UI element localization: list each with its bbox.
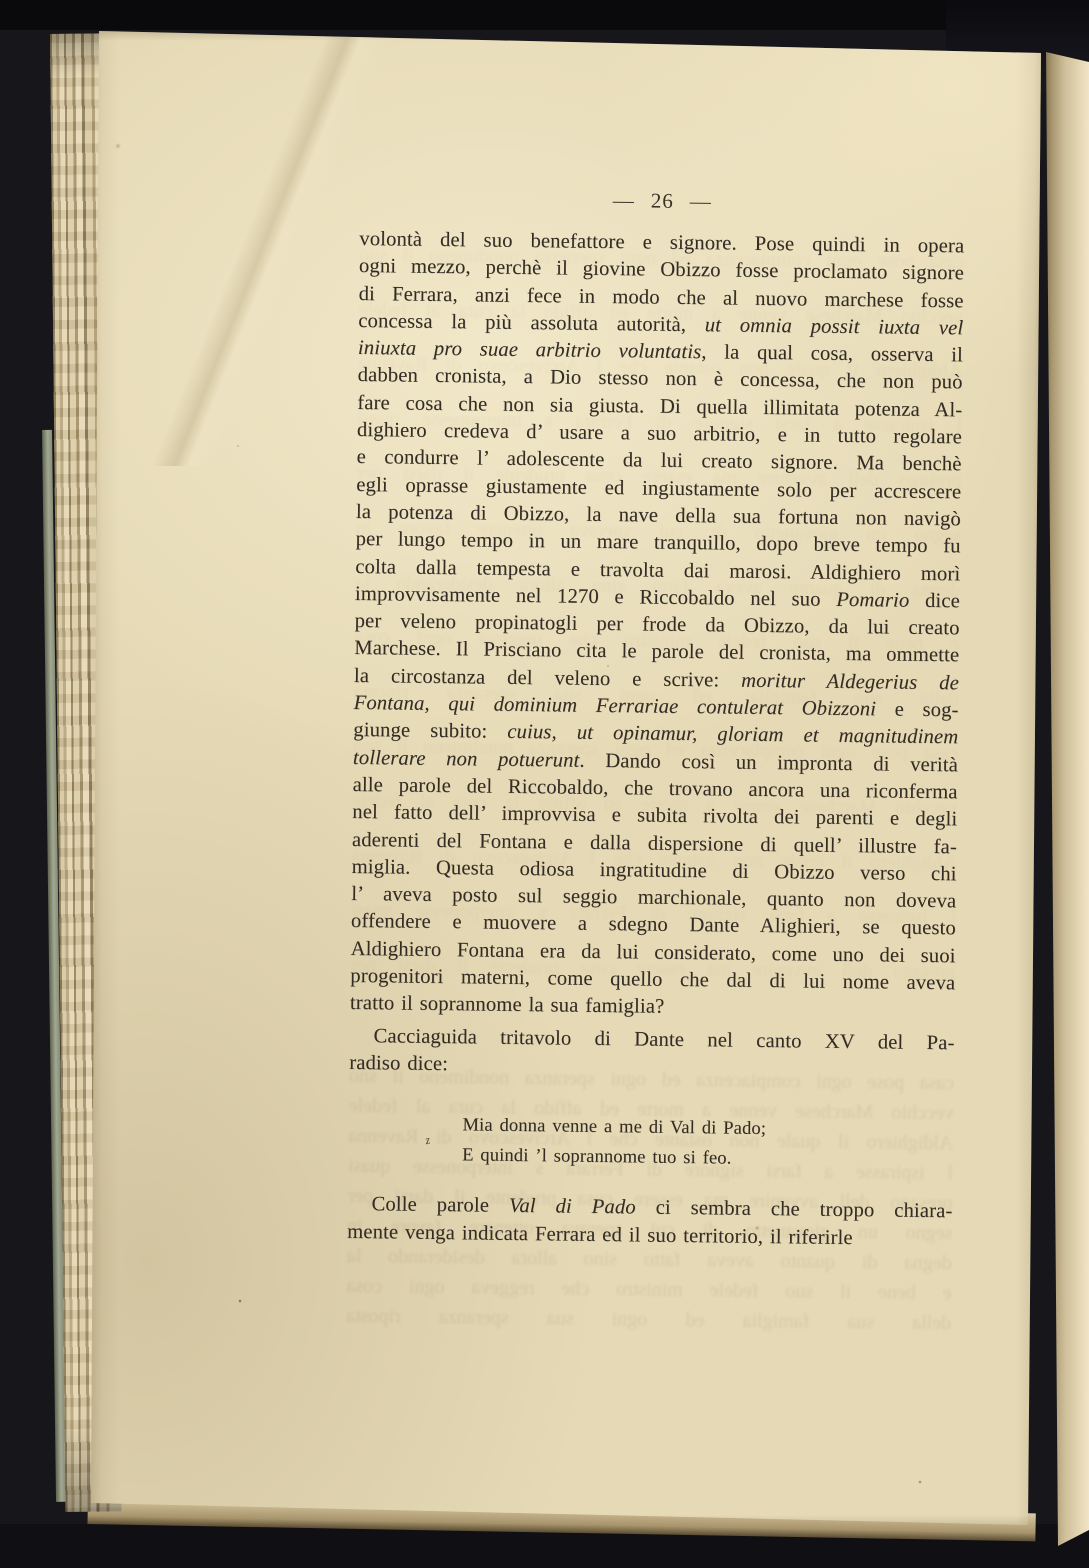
text-segment: Pomario [836,589,909,612]
text-segment: giunge subito: [353,719,507,743]
text-segment: per veleno propinatogli per frode da Obi… [355,610,960,639]
text-segment: tollerare non potuerunt [353,747,580,772]
text-segment: mente venga indicata Ferrara ed il suo t… [347,1220,853,1248]
text-line: E quindi ’l soprannome tuo si feo. [462,1141,953,1177]
text-segment: concessa la più assoluta autorità, [358,310,705,336]
text-segment: Aldighiero Fontana era da lui considerat… [351,938,956,967]
text-segment: e sog- [876,698,959,721]
text-segment: Marchese. Il Prisciano cita le parole de… [354,637,959,666]
text-segment: Cacciaguida tritavolo di Dante nel canto… [373,1025,954,1054]
text-segment: volontà del suo benefattore e signore. P… [359,228,964,257]
text-segment: Mia donna venne a me di Val di Pado; [462,1116,766,1140]
text-segment: per lungo tempo in un mare tranquillo, d… [356,528,961,557]
text-segment: la circostanza del veleno e scrive: [354,665,741,692]
text-column: volontà del suo benefattore e signore. P… [347,226,964,1253]
verse-quote: Mia donna venne a me di Val di Pado;E qu… [462,1111,954,1177]
text-segment: . Dando così un impronta di verità [579,749,958,776]
text-segment: miglia. Questa odiosa ingratitudine di O… [352,856,957,885]
paragraph: volontà del suo benefattore e signore. P… [350,226,965,1025]
page-number: —26— [360,184,965,217]
text-segment: , la qual cosa, osserva il [701,341,963,366]
text-segment: nel fatto dell’ improvvisa e subita rivo… [352,801,957,830]
text-segment: dabben cronista, a Dio stesso non è conc… [358,364,963,393]
text-segment: offendere e muovere a sdegno Dante Aligh… [351,910,956,939]
text-segment: dice [909,590,960,613]
text-segment: ci sembra che troppo chiara- [636,1197,953,1223]
page-number-rule-right: — [690,189,712,213]
paragraph: Colle parole Val di Pado ci sembra che t… [347,1191,953,1253]
text-segment: iniuxta pro suae arbitrio voluntatis [358,337,702,363]
book-page: casa pose ogni compiacenza ed ogni spera… [88,26,1046,1532]
page-content: casa pose ogni compiacenza ed ogni spera… [346,184,965,1371]
text-segment: E quindi ’l soprannome tuo si feo. [462,1146,732,1169]
text-segment: ogni mezzo, perchè il giovine Obizzo fos… [359,255,964,284]
text-segment: dighiero credeva d’ usare a suo arbitrio… [357,419,962,448]
text-segment: alle parole del Riccobaldo, che trovano … [353,774,958,803]
text-segment: Colle parole [371,1193,509,1217]
showthrough-line: e bene il suo fedele ministro che reggev… [346,1273,951,1307]
text-segment: Fontana, qui dominium Ferrariae contuler… [354,692,877,720]
text-segment: e condurre l’ adolescente da lui creato … [357,446,962,475]
text-segment: colta dalla tempesta e travolta dai maro… [355,556,960,585]
text-segment: di Ferrara, anzi fece in modo che al nuo… [359,283,964,312]
text-segment: Val di Pado [509,1195,636,1219]
next-page-edge [1036,50,1089,1548]
text-segment: fare cosa che non sia giusta. Di quella … [357,392,962,421]
background-top-band [0,0,1089,30]
page-number-rule-left: — [613,188,635,212]
text-segment: progenitori materni, come quello che dal… [350,965,955,994]
text-segment: tratto il soprannome la sua famiglia? [350,992,665,1018]
text-segment: egli oprasse giustamente ed ingiustament… [356,474,961,503]
showthrough-line: della sua famiglia ed ogni sua speranza … [346,1303,951,1337]
scanned-book-photo: casa pose ogni compiacenza ed ogni spera… [0,0,1089,1568]
text-segment: ut omnia possit iuxta vel [705,314,964,339]
text-segment: l’ aveva posto sul seggio marchionale, q… [351,883,956,912]
text-segment: radiso dice: [349,1052,448,1075]
text-segment: improvvisamente nel 1270 e Riccobaldo ne… [355,583,837,611]
text-segment: moritur Aldegerius de [741,669,959,694]
text-segment: aderenti del Fontana e dalla dispersione… [352,828,957,857]
text-segment: cuius, ut opinamur, gloriam et magnitudi… [507,721,958,749]
paragraph: Cacciaguida tritavolo di Dante nel canto… [349,1023,955,1085]
page-number-value: 26 [651,189,674,213]
text-segment: la potenza di Obizzo, la nave della sua … [356,501,961,530]
